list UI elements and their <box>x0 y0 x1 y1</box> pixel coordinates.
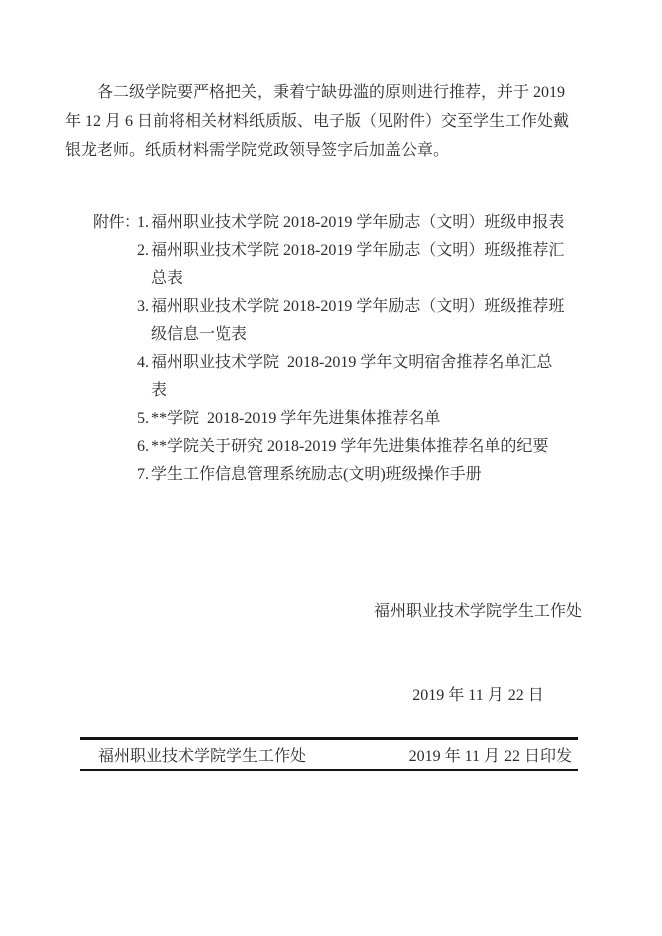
signature-block: 福州职业技术学院学生工作处 2019 年 11 月 22 日 <box>374 542 582 766</box>
attachments-label-spacer <box>93 237 137 265</box>
paragraph-line: 年 12 月 6 日前将相关材料纸质版、电子版（见附件）交至学生工作处戴 <box>65 107 577 136</box>
attachment-row: 表 <box>93 377 564 405</box>
attachment-number: 4. <box>137 349 151 377</box>
attachment-row: 6. **学院关于研究 2018-2019 学年先进集体推荐名单的纪要 <box>93 433 564 461</box>
attachment-row: 3. 福州职业技术学院 2018-2019 学年励志（文明）班级推荐班 <box>93 293 564 321</box>
attachment-text: **学院 2018-2019 学年先进集体推荐名单 <box>151 405 440 433</box>
attachment-row: 附件： 1. 福州职业技术学院 2018-2019 学年励志（文明）班级申报表 <box>93 209 564 237</box>
attachments-label-spacer <box>93 433 137 461</box>
paragraph-line: 银龙老师。纸质材料需学院党政领导签字后加盖公章。 <box>65 136 577 165</box>
attachments-label-spacer <box>93 321 137 349</box>
body-paragraph: 各二级学院要严格把关，秉着宁缺毋滥的原则进行推荐，并于 2019 年 12 月 … <box>65 78 577 165</box>
attachments-label: 附件： <box>93 209 137 237</box>
attachment-text: 级信息一览表 <box>151 321 247 349</box>
attachment-number: 6. <box>137 433 151 461</box>
attachments-label-spacer <box>93 265 137 293</box>
attachment-number <box>137 265 151 293</box>
attachment-row: 7. 学生工作信息管理系统励志(文明)班级操作手册 <box>93 461 564 489</box>
attachment-text: 福州职业技术学院 2018-2019 学年励志（文明）班级推荐班 <box>151 293 564 321</box>
colophon-footer: 福州职业技术学院学生工作处 2019 年 11 月 22 日印发 <box>80 737 578 771</box>
attachment-text: 福州职业技术学院 2018-2019 学年励志（文明）班级申报表 <box>151 209 564 237</box>
attachment-text: 福州职业技术学院 2018-2019 学年文明宿舍推荐名单汇总 <box>151 349 552 377</box>
footer-issuer: 福州职业技术学院学生工作处 <box>98 743 306 766</box>
attachments-label-spacer <box>93 293 137 321</box>
attachment-row: 4. 福州职业技术学院 2018-2019 学年文明宿舍推荐名单汇总 <box>93 349 564 377</box>
attachment-number: 5. <box>137 405 151 433</box>
attachment-text: 总表 <box>151 265 183 293</box>
attachment-text: **学院关于研究 2018-2019 学年先进集体推荐名单的纪要 <box>151 433 548 461</box>
attachment-number: 3. <box>137 293 151 321</box>
attachment-text: 学生工作信息管理系统励志(文明)班级操作手册 <box>151 461 482 489</box>
footer-rule-bottom <box>80 769 578 772</box>
footer-row: 福州职业技术学院学生工作处 2019 年 11 月 22 日印发 <box>80 740 578 769</box>
signature-date: 2019 年 11 月 22 日 <box>374 682 582 710</box>
signature-org: 福州职业技术学院学生工作处 <box>374 598 582 626</box>
attachment-text: 表 <box>151 377 167 405</box>
attachments-label-spacer <box>93 349 137 377</box>
attachment-number: 7. <box>137 461 151 489</box>
attachments-label-spacer <box>93 377 137 405</box>
paragraph-line: 各二级学院要严格把关，秉着宁缺毋滥的原则进行推荐，并于 2019 <box>65 78 577 107</box>
attachment-number <box>137 321 151 349</box>
footer-print-date: 2019 年 11 月 22 日印发 <box>409 743 572 766</box>
attachment-number: 2. <box>137 237 151 265</box>
attachments-label-spacer <box>93 405 137 433</box>
attachment-row: 5. **学院 2018-2019 学年先进集体推荐名单 <box>93 405 564 433</box>
attachments-label-spacer <box>93 461 137 489</box>
attachment-text: 福州职业技术学院 2018-2019 学年励志（文明）班级推荐汇 <box>151 237 564 265</box>
attachment-number: 1. <box>137 209 151 237</box>
attachment-row: 总表 <box>93 265 564 293</box>
attachments-list: 附件： 1. 福州职业技术学院 2018-2019 学年励志（文明）班级申报表 … <box>93 209 564 489</box>
attachment-row: 级信息一览表 <box>93 321 564 349</box>
attachment-row: 2. 福州职业技术学院 2018-2019 学年励志（文明）班级推荐汇 <box>93 237 564 265</box>
document-page: 各二级学院要严格把关，秉着宁缺毋滥的原则进行推荐，并于 2019 年 12 月 … <box>0 0 662 936</box>
attachment-number <box>137 377 151 405</box>
